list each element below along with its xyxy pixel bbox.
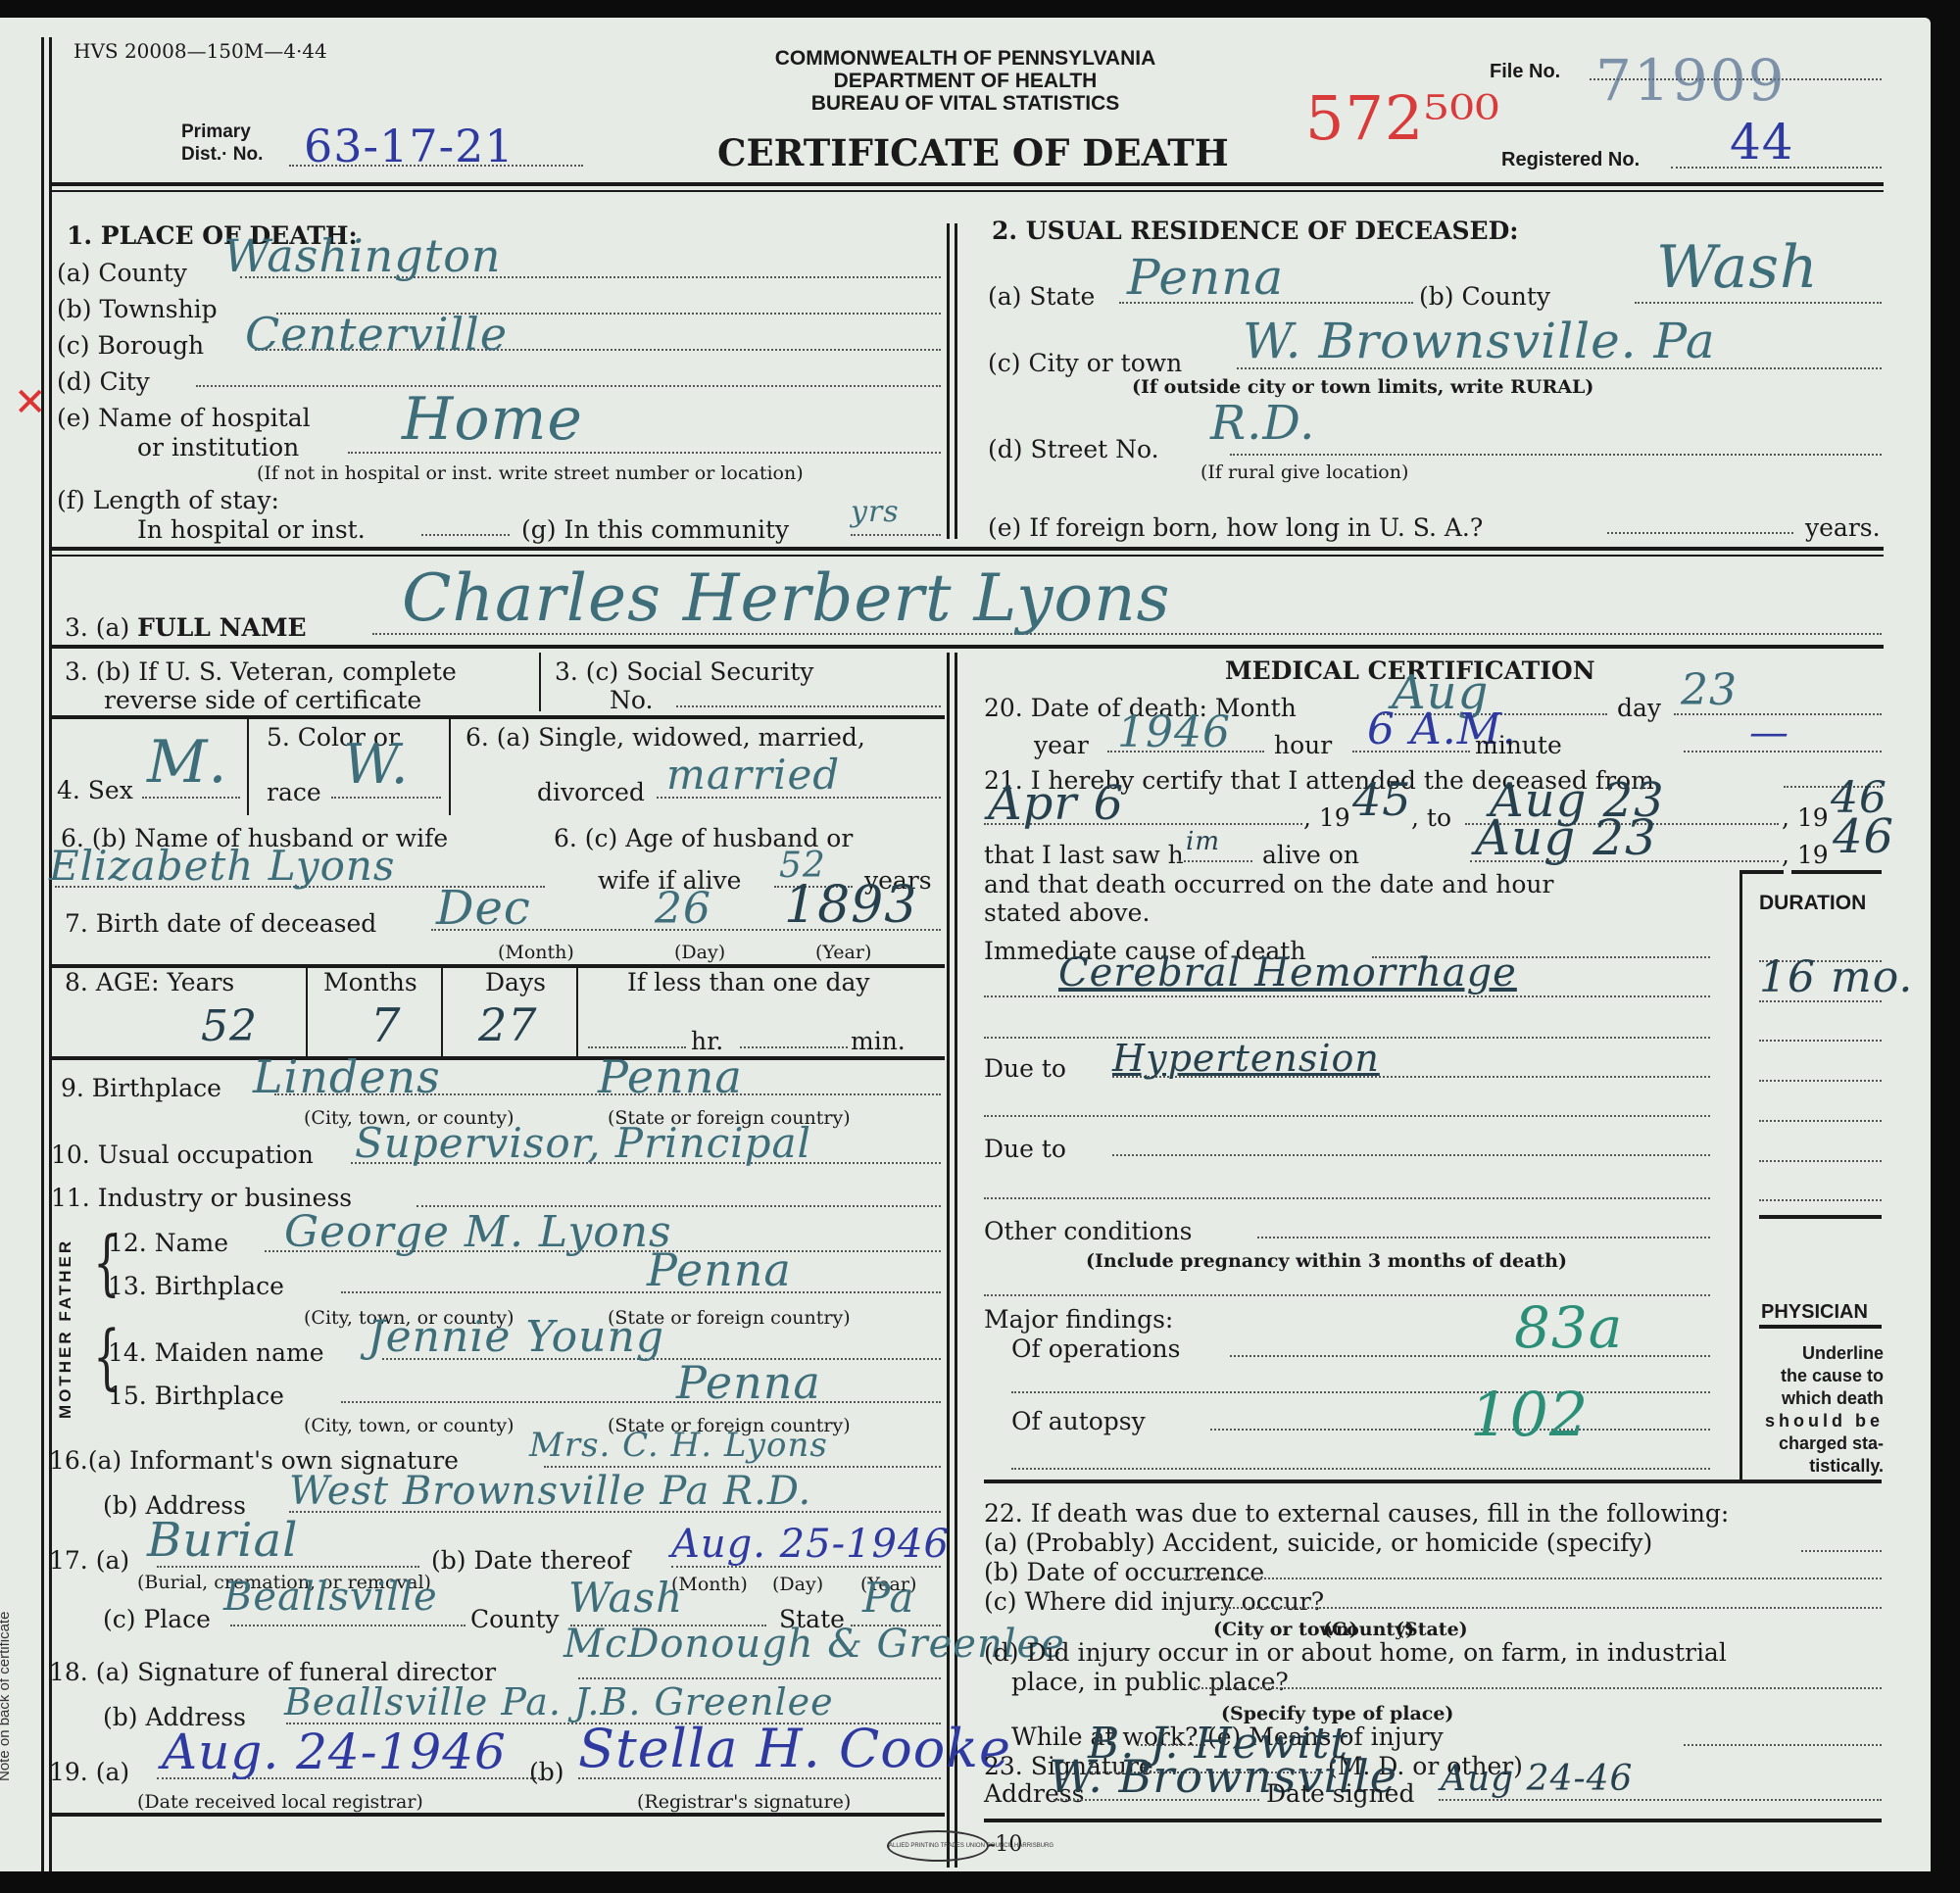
residence-state-value[interactable]: Penna bbox=[1127, 253, 1284, 302]
column-divider bbox=[947, 223, 950, 539]
immediate-cause-value[interactable]: Cerebral Hemorrhage bbox=[1058, 953, 1517, 993]
from-year-label: , 19 bbox=[1303, 805, 1350, 830]
age-years-value[interactable]: 52 bbox=[201, 1005, 258, 1048]
duration-heading: DURATION bbox=[1759, 892, 1866, 915]
agency-line-1: COMMONWEALTH OF PENNSYLVANIA bbox=[725, 47, 1205, 70]
registrar-date-value[interactable]: Aug. 24-1946 bbox=[162, 1727, 507, 1776]
column-divider bbox=[955, 653, 957, 1868]
residence-county-value[interactable]: Wash bbox=[1656, 238, 1819, 297]
death-hospital-value[interactable]: Home bbox=[402, 390, 583, 449]
marital-value[interactable]: married bbox=[666, 754, 840, 796]
informant-address-value[interactable]: West Brownsville Pa R.D. bbox=[289, 1472, 811, 1511]
operations-value[interactable]: 83a bbox=[1514, 1299, 1623, 1356]
death-year-value[interactable]: 1946 bbox=[1117, 711, 1231, 754]
mother-maiden-value[interactable]: Jennie Young bbox=[367, 1316, 664, 1359]
death-borough-value[interactable]: Centerville bbox=[245, 312, 508, 357]
birth-year-value[interactable]: 1893 bbox=[784, 880, 917, 931]
burial-county-value[interactable]: Wash bbox=[568, 1577, 683, 1619]
residence-heading: 2. USUAL RESIDENCE OF DECEASED: bbox=[992, 218, 1519, 243]
informant-signature-value[interactable]: Mrs. C. H. Lyons bbox=[529, 1429, 828, 1462]
burial-date-value[interactable]: Aug. 25-1946 bbox=[671, 1525, 950, 1564]
residence-city-value[interactable]: W. Brownsville. Pa bbox=[1243, 316, 1716, 365]
mother-birthplace-value[interactable]: Penna bbox=[676, 1360, 821, 1405]
primary-dist-label: Primary Dist.· No. bbox=[181, 121, 263, 166]
file-no-label: File No. bbox=[1490, 61, 1560, 83]
full-name-value[interactable]: Charles Herbert Lyons bbox=[402, 566, 1171, 631]
form-code: HVS 20008—150M—4·44 bbox=[73, 39, 327, 63]
death-minute-value[interactable]: — bbox=[1749, 713, 1789, 752]
form-suffix: -10 bbox=[988, 1832, 1022, 1857]
red-x-mark: ✕ bbox=[14, 380, 47, 425]
agency-block: COMMONWEALTH OF PENNSYLVANIA DEPARTMENT … bbox=[725, 47, 1205, 115]
agency-line-3: BUREAU OF VITAL STATISTICS bbox=[725, 92, 1205, 115]
full-name-label: 3. (a) FULL NAME bbox=[65, 615, 307, 640]
funeral-director-address-value[interactable]: Beallsville Pa. J.B. Greenlee bbox=[284, 1683, 834, 1721]
father-name-value[interactable]: George M. Lyons bbox=[284, 1211, 672, 1254]
autopsy-value[interactable]: 102 bbox=[1470, 1384, 1589, 1445]
red-annotation: 572⁵⁰⁰ bbox=[1305, 88, 1500, 149]
last-saw-label: that I last saw h bbox=[984, 843, 1184, 867]
attended-from-year[interactable]: 45 bbox=[1352, 777, 1412, 822]
column-divider bbox=[947, 653, 950, 1868]
physician-note: Underline the cause to which death shoul… bbox=[1758, 1342, 1884, 1478]
margin-rule bbox=[41, 37, 44, 1871]
birth-month-value[interactable]: Dec bbox=[436, 885, 531, 932]
race-value[interactable]: W. bbox=[343, 738, 410, 793]
age-days-value[interactable]: 27 bbox=[478, 1002, 538, 1047]
age-months-value[interactable]: 7 bbox=[370, 1002, 402, 1049]
margin-note: Note on back of certificate bbox=[0, 1612, 13, 1781]
spouse-name-value[interactable]: Elizabeth Lyons bbox=[49, 846, 395, 887]
parents-side-label: MOTHER FATHER bbox=[56, 1238, 75, 1419]
last-saw-date-value[interactable]: Aug 23 bbox=[1475, 813, 1657, 862]
death-certificate: Note on back of certificate HVS 20008—15… bbox=[0, 18, 1931, 1871]
physician-heading: PHYSICIAN bbox=[1761, 1301, 1868, 1324]
union-label-icon: ALLIED PRINTING TRADES UNION COUNCIL HAR… bbox=[887, 1830, 989, 1862]
due-to-1-value[interactable]: Hypertension bbox=[1112, 1040, 1380, 1077]
attended-from-value[interactable]: Apr 6 bbox=[988, 780, 1124, 827]
registered-no-label: Registered No. bbox=[1501, 149, 1640, 171]
registered-no-value[interactable]: 44 bbox=[1730, 118, 1794, 167]
file-no-value: 71909 bbox=[1595, 47, 1787, 114]
residence-street-value[interactable]: R.D. bbox=[1210, 400, 1315, 447]
stay-community-value[interactable]: yrs bbox=[851, 498, 900, 527]
father-birthplace-value[interactable]: Penna bbox=[647, 1247, 792, 1292]
birth-day-value[interactable]: 26 bbox=[655, 888, 711, 931]
birthplace-city-value[interactable]: Lindens bbox=[253, 1054, 441, 1099]
burial-method-value[interactable]: Burial bbox=[147, 1517, 298, 1564]
margin-rule bbox=[49, 37, 52, 1871]
last-saw-year[interactable]: 46 bbox=[1833, 813, 1894, 860]
birthplace-state-value[interactable]: Penna bbox=[598, 1054, 743, 1099]
page-title: CERTIFICATE OF DEATH bbox=[717, 131, 1229, 174]
agency-line-2: DEPARTMENT OF HEALTH bbox=[725, 70, 1205, 92]
occupation-value[interactable]: Supervisor, Principal bbox=[355, 1123, 811, 1164]
death-county-value[interactable]: Washington bbox=[223, 233, 502, 278]
last-saw-pronoun[interactable]: im bbox=[1186, 829, 1220, 854]
burial-place-value[interactable]: Beallsville bbox=[223, 1577, 438, 1617]
duration-value[interactable]: 16 mo. bbox=[1759, 956, 1913, 999]
duration-box-border bbox=[1739, 870, 1742, 1480]
burial-state-value[interactable]: Pa bbox=[862, 1577, 914, 1619]
physician-date-value[interactable]: Aug 24-46 bbox=[1441, 1762, 1633, 1797]
death-day-value[interactable]: 23 bbox=[1681, 669, 1738, 712]
primary-dist-value[interactable]: 63-17-21 bbox=[304, 123, 514, 169]
sex-value[interactable]: M. bbox=[147, 733, 228, 792]
registrar-signature-value[interactable]: Stella H. Cooke bbox=[578, 1723, 1011, 1775]
column-divider bbox=[955, 223, 957, 539]
